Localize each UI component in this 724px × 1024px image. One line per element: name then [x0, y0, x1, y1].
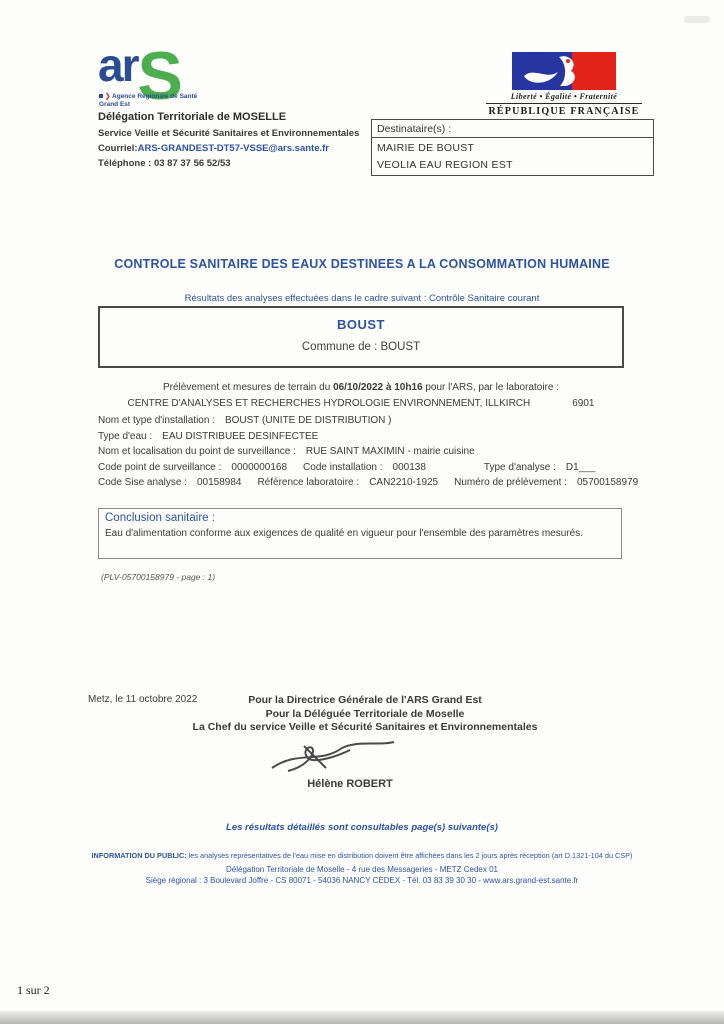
commune-line: Commune de : BOUST — [100, 341, 622, 353]
code-install-label: Code installation : — [303, 462, 383, 473]
destinataire-item: MAIRIE DE BOUST — [372, 138, 653, 155]
sample-number-label: Numéro de prélèvement : — [454, 477, 567, 488]
courriel-label: Courriel: — [98, 143, 138, 154]
water-type-row: Type d'eau :EAU DISTRIBUEE DESINFECTEE — [98, 429, 624, 445]
delegation-title: Délégation Territoriale de MOSELLE — [98, 111, 388, 123]
document-page: arS ❯ Agence Régionale de Santé Grand Es… — [0, 0, 724, 1024]
ars-tagline-line2: Grand Est — [99, 101, 130, 108]
sender-contact-block: Délégation Territoriale de MOSELLE Servi… — [98, 111, 388, 173]
ars-wordmark-ar: ar — [98, 39, 137, 91]
surveillance-point-value: RUE SAINT MAXIMIN - mairie cuisine — [306, 446, 475, 457]
signature-titles: Pour la Directrice Générale de l'ARS Gra… — [130, 694, 600, 735]
footer-public-info-label: INFORMATION DU PUBLIC: — [92, 851, 187, 860]
code-sise-value: 00158984 — [197, 477, 242, 488]
telephone-line: Téléphone : 03 87 37 56 52/53 — [98, 158, 388, 169]
signature-title-line3: La Chef du service Veille et Sécurité Sa… — [130, 721, 600, 735]
republique-motto: Liberté • Égalité • Fraternité — [486, 92, 642, 104]
courriel-email: ARS-GRANDEST-DT57-VSSE@ars.sante.fr — [138, 143, 329, 154]
code-point-label: Code point de surveillance : — [98, 462, 221, 473]
plv-reference: (PLV-05700158979 - page : 1) — [101, 572, 215, 582]
ars-tagline: ❯ Agence Régionale de Santé Grand Est — [99, 93, 197, 108]
installation-row: Nom et type d'installation :BOUST (UNITE… — [98, 413, 624, 429]
signature-title-line1: Pour la Directrice Générale de l'ARS Gra… — [130, 694, 600, 708]
marianne-icon — [512, 52, 616, 90]
code-point-value: 0000000168 — [231, 462, 287, 473]
destinataires-label: Destinataire(s) : — [372, 120, 653, 138]
code-sise-label: Code Sise analyse : — [98, 477, 187, 488]
installation-label: Nom et type d'installation : — [98, 415, 215, 426]
sampling-datetime: 06/10/2022 à 10h16 — [333, 382, 423, 393]
republique-name: RÉPUBLIQUE FRANÇAISE — [486, 106, 642, 117]
destinataire-item: VEOLIA EAU REGION EST — [372, 155, 653, 175]
signature-icon — [268, 738, 400, 781]
signature-title-line2: Pour la Déléguée Territoriale de Moselle — [130, 708, 600, 722]
sampling-details: Prélèvement et mesures de terrain du 06/… — [98, 381, 624, 491]
surveillance-point-row: Nom et localisation du point de surveill… — [98, 444, 624, 460]
conclusion-title: Conclusion sanitaire : — [99, 509, 621, 524]
sample-number-value: 05700158979 — [577, 477, 638, 488]
signatory-name: Hélène ROBERT — [130, 778, 570, 790]
ars-chevron-icon: ❯ — [105, 93, 110, 100]
code-install-value: 000138 — [393, 462, 426, 473]
water-type-value: EAU DISTRIBUEE DESINFECTEE — [162, 431, 318, 442]
conclusion-box: Conclusion sanitaire : Eau d'alimentatio… — [98, 508, 622, 559]
sampling-line1-prefix: Prélèvement et mesures de terrain du — [163, 382, 333, 393]
republique-francaise-logo: Liberté • Égalité • Fraternité RÉPUBLIQU… — [486, 52, 642, 117]
ars-logo: arS ❯ Agence Régionale de Santé Grand Es… — [98, 42, 228, 120]
destinataires-box: Destinataire(s) : MAIRIE DE BOUST VEOLIA… — [371, 119, 654, 176]
codes-row-2: Code Sise analyse :00158984Référence lab… — [98, 475, 624, 491]
results-note: Les résultats détaillés sont consultable… — [0, 822, 724, 833]
analysis-type-label: Type d'analyse : — [484, 462, 556, 473]
page-indicator: 1 sur 2 — [17, 983, 50, 998]
footer-public-info: INFORMATION DU PUBLIC: les analyses repr… — [0, 851, 724, 860]
conclusion-text: Eau d'alimentation conforme aux exigence… — [99, 524, 621, 539]
footer: INFORMATION DU PUBLIC: les analyses repr… — [0, 851, 724, 886]
document-subtitle: Résultats des analyses effectuées dans l… — [0, 293, 724, 304]
footer-public-info-text: les analyses représentatives de l'eau mi… — [187, 851, 633, 860]
lab-ref-label: Référence laboratoire : — [257, 477, 359, 488]
laboratory-name: CENTRE D'ANALYSES ET RECHERCHES HYDROLOG… — [128, 398, 531, 409]
scan-edge-strip — [0, 1011, 724, 1024]
sampling-line1: Prélèvement et mesures de terrain du 06/… — [98, 381, 624, 395]
scan-artifact — [684, 16, 710, 23]
laboratory-line: CENTRE D'ANALYSES ET RECHERCHES HYDROLOG… — [98, 397, 624, 411]
analysis-type-value: D1___ — [566, 462, 595, 473]
commune-box: BOUST Commune de : BOUST — [98, 306, 624, 368]
water-type-label: Type d'eau : — [98, 431, 152, 442]
codes-row-1: Code point de surveillance :0000000168Co… — [98, 460, 624, 476]
sampling-line1-suffix: pour l'ARS, par le laboratoire : — [423, 382, 559, 393]
footer-address-line: Délégation Territoriale de Moselle - 4 r… — [0, 864, 724, 875]
installation-value: BOUST (UNITE DE DISTRIBUTION ) — [225, 415, 392, 426]
ars-tagline-line1: Agence Régionale de Santé — [112, 93, 197, 100]
ars-bullet-icon — [99, 94, 103, 98]
footer-siege-line: Siège régional : 3 Boulevard Joffre - CS… — [0, 875, 724, 886]
lab-ref-value: CAN2210-1925 — [369, 477, 438, 488]
laboratory-code: 6901 — [572, 398, 594, 409]
commune-name: BOUST — [100, 317, 622, 332]
document-title: CONTROLE SANITAIRE DES EAUX DESTINEES A … — [0, 257, 724, 271]
courriel-line: Courriel:ARS-GRANDEST-DT57-VSSE@ars.sant… — [98, 143, 388, 154]
surveillance-point-label: Nom et localisation du point de surveill… — [98, 446, 296, 457]
service-line: Service Veille et Sécurité Sanitaires et… — [98, 128, 388, 139]
